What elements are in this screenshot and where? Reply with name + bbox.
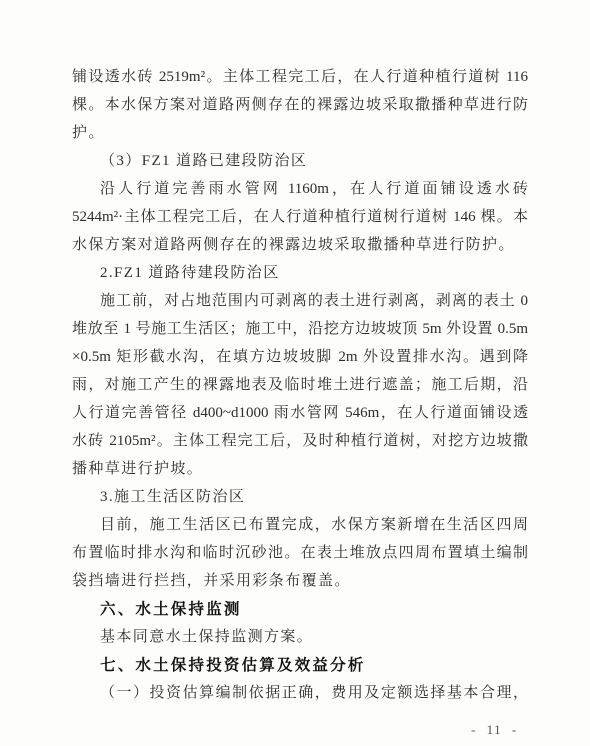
section-heading: 六、水土保持监测 — [72, 595, 528, 623]
document-body: 铺设透水砖 2519m²。主体工程完工后，在人行道种植行道树 116棵。本水保方… — [72, 63, 528, 707]
text-line: 铺设透水砖 2519m²。主体工程完工后，在人行道种植行道树 116 — [72, 63, 528, 91]
text-line: ×0.5m 矩形截水沟，在填方边坡坡脚 2m 外设置排水沟。遇到降 — [72, 343, 528, 371]
text-line: 袋挡墙进行拦挡，并采用彩条布覆盖。 — [72, 567, 528, 595]
document-page: 铺设透水砖 2519m²。主体工程完工后，在人行道种植行道树 116棵。本水保方… — [0, 0, 590, 746]
text-line: 2.FZ1 道路待建段防治区 — [72, 259, 528, 287]
text-line: 水砖 2105m²。主体工程完工后，及时种植行道树，对挖方边坡撒 — [72, 427, 528, 455]
text-line: （一）投资估算编制依据正确，费用及定额选择基本合理， — [72, 679, 528, 707]
text-line: 护。 — [72, 119, 528, 147]
text-line: 布置临时排水沟和临时沉砂池。在表土堆放点四周布置填土编制 — [72, 539, 528, 567]
text-line: 人行道完善管径 d400~d1000 雨水管网 546m，在人行道面铺设透 — [72, 399, 528, 427]
text-line: 施工前，对占地范围内可剥离的表土进行剥离，剥离的表土 0 — [72, 287, 528, 315]
text-line: 沿人行道完善雨水管网 1160m，在人行道面铺设透水砖 — [72, 175, 528, 203]
text-line: 3.施工生活区防治区 — [72, 483, 528, 511]
section-heading: 七、水土保持投资估算及效益分析 — [72, 651, 528, 679]
text-line: 基本同意水土保持监测方案。 — [72, 623, 528, 651]
text-line: 5244m²·主体工程完工后，在人行道种植行道树行道树 146 棵。本 — [72, 203, 528, 231]
text-line: 水保方案对道路两侧存在的裸露边坡采取撒播种草进行防护。 — [72, 231, 528, 259]
text-line: 堆放至 1 号施工生活区；施工中，沿挖方边坡坡顶 5m 外设置 0.5m — [72, 315, 528, 343]
text-line: 播种草进行护坡。 — [72, 455, 528, 483]
text-line: 目前，施工生活区已布置完成，水保方案新增在生活区四周 — [72, 511, 528, 539]
text-line: （3）FZ1 道路已建段防治区 — [72, 147, 528, 175]
page-number: - 11 - — [471, 716, 518, 744]
text-line: 雨，对施工产生的裸露地表及临时堆土进行遮盖；施工后期，沿 — [72, 371, 528, 399]
text-line: 棵。本水保方案对道路两侧存在的裸露边坡采取撒播种草进行防 — [72, 91, 528, 119]
